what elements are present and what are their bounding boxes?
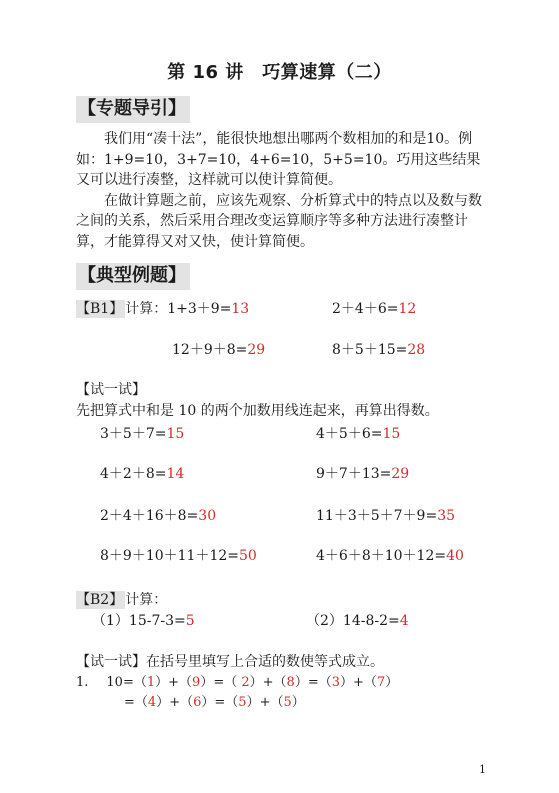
expression: 8＋9＋10＋11＋12= [100,548,239,564]
expression: 11＋3＋5＋7＋9= [316,508,437,524]
intro-paragraph-2: 在做计算题之前，应该先观察、分析算式中的特点以及数与数之间的关系，然后采用合理改… [76,191,486,253]
try1-item: 4＋6＋8＋10＋12=40 [316,547,464,565]
blank-answer: 5 [238,695,246,710]
b1-row-1: 【B1】计算：1+3＋9=13 [76,300,249,318]
expression: （2）14-8-2= [306,613,400,629]
answer: 29 [247,342,265,358]
try1-item: 2＋4＋16＋8=30 [100,507,216,525]
blank-answer: 7 [377,675,385,690]
try2-header: 【试一试】在括号里填写上合适的数使等式成立。 [76,653,384,671]
b2-tag: 【B2】 [76,591,125,609]
intro-text: 我们用“凑十法”，能很快地想出哪两个数相加的和是10。例如：1+9=10，3+7… [76,129,486,252]
answer: 13 [231,301,249,317]
try1-item: 11＋3＋5＋7＋9=35 [316,507,455,525]
blank-answer: 4 [148,695,156,710]
expression: 3＋5＋7= [100,426,166,442]
answer: 29 [391,466,409,482]
section-heading-intro: 【专题导引】 [76,96,190,123]
answer: 14 [166,466,184,482]
expression: 12＋9＋8= [172,342,247,358]
page-number: 1 [479,763,486,776]
expression: 8＋5＋15= [332,342,407,358]
try1-item: 8＋9＋10＋11＋12=50 [100,547,257,565]
try1-item: 3＋5＋7=15 [100,425,184,443]
expression: 4＋2＋8= [100,466,166,482]
blank-answer: 1 [147,675,155,690]
answer: 15 [166,426,184,442]
try2-instruction: 在括号里填写上合适的数使等式成立。 [146,654,384,670]
try1-item: 4＋5＋6=15 [316,425,400,443]
blank-answer: 9 [192,675,200,690]
try2-line-1: 1.10=（1）+（9）=（ 2）+（8）=（3）+（7） [76,674,398,692]
equation-prefix: 10= [106,675,133,690]
b1-tag: 【B1】 [76,300,125,318]
answer: 5 [186,613,195,629]
answer: 50 [239,548,257,564]
problem-number: 1. [76,675,88,690]
answer: 4 [400,613,409,629]
blank-answer: 5 [283,695,291,710]
section-heading-examples: 【典型例题】 [76,263,190,290]
answer: 28 [407,342,425,358]
b1-item-2: 2＋4＋6=12 [332,300,416,318]
try2-line-2: =（4）+（6）=（5）+（5） [124,694,305,712]
try2-heading: 【试一试】 [76,654,146,670]
b2-item-2: （2）14-8-2=4 [306,612,409,630]
page-title: 第 16 讲 巧算速算（二） [0,58,559,84]
blank-answer: 3 [332,675,340,690]
expression: （1）15-7-3= [92,613,186,629]
try1-heading: 【试一试】 [76,381,146,399]
answer: 12 [398,301,416,317]
b2-label: 计算： [125,592,167,608]
answer: 15 [382,426,400,442]
b2-heading: 【B2】计算： [76,591,167,609]
blank-answer: 2 [237,675,249,690]
b1-label: 计算： [125,301,167,317]
try1-item: 4＋2＋8=14 [100,465,184,483]
expression: 1+3＋9= [167,301,231,317]
expression: 4＋5＋6= [316,426,382,442]
expression: 4＋6＋8＋10＋12= [316,548,446,564]
intro-paragraph-1: 我们用“凑十法”，能很快地想出哪两个数相加的和是10。例如：1+9=10，3+7… [76,129,486,191]
blank-answer: 6 [193,695,201,710]
expression: 9＋7＋13= [316,466,391,482]
try1-item: 9＋7＋13=29 [316,465,409,483]
answer: 35 [437,508,455,524]
answer: 30 [198,508,216,524]
b1-item-3: 12＋9＋8=29 [172,341,265,359]
try1-instruction: 先把算式中和是 10 的两个加数用线连起来，再算出得数。 [76,402,439,420]
expression: 2＋4＋16＋8= [100,508,198,524]
b1-item-4: 8＋5＋15=28 [332,341,425,359]
b2-item-1: （1）15-7-3=5 [92,612,195,630]
expression: 2＋4＋6= [332,301,398,317]
blank-answer: 8 [287,675,295,690]
answer: 40 [446,548,464,564]
